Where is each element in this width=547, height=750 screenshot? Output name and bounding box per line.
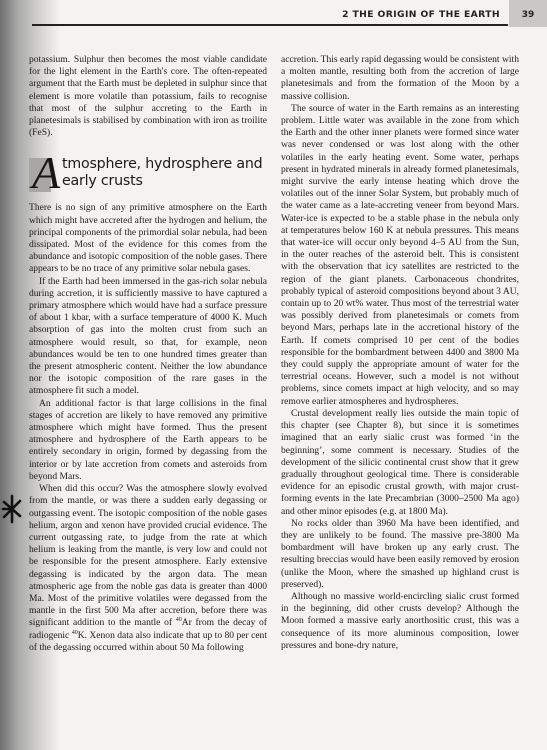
page-number: 39 <box>509 0 547 27</box>
section-title-line-1: tmosphere, hydrosphere and <box>62 156 262 173</box>
right-column: accretion. This early rapid degassing wo… <box>281 54 519 652</box>
paragraph: accretion. This early rapid degassing wo… <box>281 54 519 103</box>
paragraph: When did this occur? Was the atmosphere … <box>29 483 267 654</box>
paragraph: The source of water in the Earth remains… <box>281 103 519 408</box>
header-rule <box>32 24 508 26</box>
drop-cap: A <box>32 150 60 196</box>
chapter-title: 2 THE ORIGIN OF THE EARTH <box>342 9 500 20</box>
paragraph: If the Earth had been immersed in the ga… <box>29 276 267 398</box>
running-head: 2 THE ORIGIN OF THE EARTH 39 <box>32 0 547 27</box>
paragraph: Crustal development really lies outside … <box>281 408 519 518</box>
paragraph-text: When did this occur? Was the atmosphere … <box>29 483 267 628</box>
section-heading: A tmosphere, hydrosphere and early crust… <box>29 156 267 194</box>
paragraph: An additional factor is that large colli… <box>29 398 267 483</box>
left-column: potassium. Sulphur then becomes the most… <box>29 54 267 654</box>
handwritten-asterisk-icon <box>1 494 23 524</box>
section-title-line-2: early crusts <box>62 173 262 190</box>
paragraph: potassium. Sulphur then becomes the most… <box>29 54 267 139</box>
section-title: tmosphere, hydrosphere and early crusts <box>62 156 262 190</box>
paragraph: Although no massive world-encircling sia… <box>281 591 519 652</box>
paragraph: No rocks older than 3960 Ma have been id… <box>281 518 519 591</box>
paragraph: There is no sign of any primitive atmosp… <box>29 202 267 275</box>
